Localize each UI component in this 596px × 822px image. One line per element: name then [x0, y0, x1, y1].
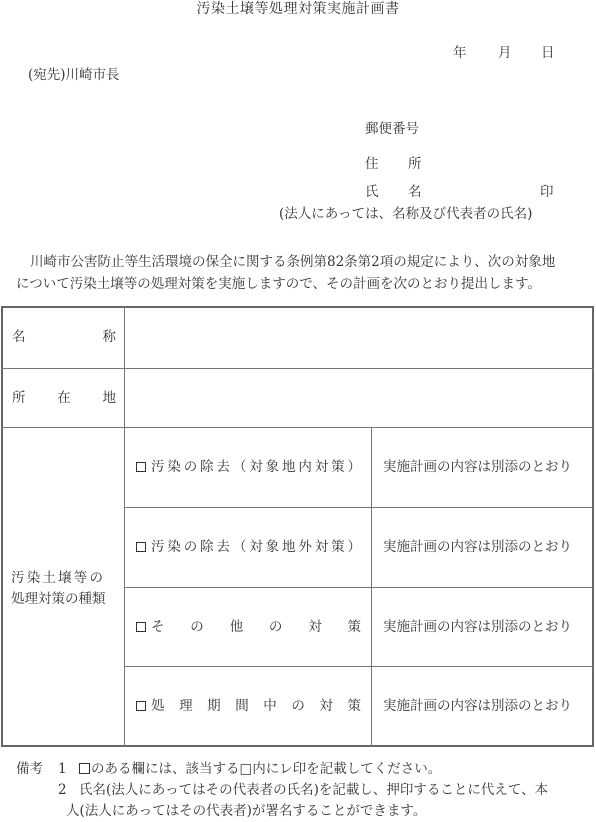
location-row-label: 所 在 地	[12, 389, 116, 407]
char: 外	[298, 538, 312, 556]
char: 去	[217, 458, 231, 476]
char: の	[184, 538, 198, 556]
char: 対	[315, 458, 329, 476]
char: の	[184, 458, 198, 476]
char: ）	[348, 538, 362, 556]
char: の	[291, 697, 305, 715]
address-label-2: 所	[408, 155, 422, 173]
measure-option-during-treatment[interactable]: 処理期間中の対策	[136, 697, 364, 715]
char: ）	[348, 458, 362, 476]
row-divider	[125, 666, 594, 667]
name-input-cell[interactable]	[127, 308, 592, 366]
char: 汚	[151, 538, 165, 556]
label-char: 称	[103, 328, 117, 346]
checkbox-icon[interactable]	[136, 701, 146, 711]
note-text-2: 氏名(法人にあってはその代表者の氏名)を記載し、押印することに代えて、本	[79, 780, 548, 801]
postal-code-label: 郵便番号	[365, 120, 419, 138]
char: （	[233, 538, 247, 556]
row-divider	[1, 427, 594, 428]
char: 策	[347, 618, 361, 636]
note-text-1: のある欄には、該当する□内にレ印を記載してください。	[91, 759, 441, 780]
char: 理	[179, 697, 193, 715]
char: 除	[200, 458, 214, 476]
checkbox-icon[interactable]	[136, 622, 146, 632]
char: 象	[266, 458, 280, 476]
char: 対	[249, 458, 263, 476]
char: （	[233, 458, 247, 476]
measure-type-label-line2: 処理対策の種類	[11, 590, 106, 608]
measure-detail-other: 実施計画の内容は別添のとおり	[383, 618, 572, 636]
char: 間	[235, 697, 249, 715]
char: 象	[266, 538, 280, 556]
name-label-2: 名	[408, 183, 422, 201]
checkbox-icon[interactable]	[136, 542, 146, 552]
notes-heading: 備考	[16, 759, 43, 780]
label-char: 所	[12, 389, 26, 407]
name-row-label: 名 称	[12, 328, 116, 346]
char: 策	[331, 538, 345, 556]
char: 策	[331, 458, 345, 476]
measure-option-offsite[interactable]: 汚染の除去（対象地外対策）	[136, 538, 364, 556]
char: の	[269, 618, 283, 636]
char: 内	[298, 458, 312, 476]
label-char: 名	[12, 328, 26, 346]
note-number-2: 2	[58, 780, 67, 801]
intro-paragraph: 川崎市公害防止等生活環境の保全に関する条例第82条第2項の規定により、次の対象地…	[16, 251, 555, 295]
label-char: 在	[57, 389, 71, 407]
intro-line-2: について汚染土壌等の処理対策を実施しますので、その計画を次のとおり提出します。	[16, 273, 555, 295]
row-divider	[125, 587, 594, 588]
label-char: 地	[103, 389, 117, 407]
location-input-cell[interactable]	[127, 370, 592, 426]
char: 染	[167, 458, 181, 476]
intro-line-1: 川崎市公害防止等生活環境の保全に関する条例第82条第2項の規定により、次の対象地	[16, 251, 555, 273]
note-number-1: 1	[58, 759, 67, 780]
char: 対	[249, 538, 263, 556]
char: 染	[167, 538, 181, 556]
measure-detail-offsite: 実施計画の内容は別添のとおり	[383, 538, 572, 556]
char: 策	[347, 697, 361, 715]
name-label-1: 氏	[365, 183, 379, 201]
seal-label: 印	[540, 183, 554, 201]
name-note: (法人にあっては、名称及び代表者の氏名)	[279, 205, 532, 223]
date-year-label: 年	[453, 44, 467, 62]
char: 除	[200, 538, 214, 556]
checkbox-icon[interactable]	[136, 462, 146, 472]
row-divider	[1, 368, 594, 369]
char: 地	[282, 538, 296, 556]
char: 汚	[151, 458, 165, 476]
char: 地	[282, 458, 296, 476]
char: の	[190, 618, 204, 636]
addressee: (宛先)川崎市長	[28, 66, 120, 84]
char: 対	[315, 538, 329, 556]
char: 期	[207, 697, 221, 715]
date-month-label: 月	[498, 44, 512, 62]
date-day-label: 日	[541, 44, 555, 62]
char: 中	[263, 697, 277, 715]
measure-type-label-line1: 汚染土壌等の	[11, 569, 105, 587]
char: 他	[230, 618, 244, 636]
char: 去	[217, 538, 231, 556]
measure-option-onsite[interactable]: 汚染の除去（対象地内対策）	[136, 458, 364, 476]
measure-option-other[interactable]: その他の対策	[136, 618, 364, 636]
char: そ	[151, 618, 165, 636]
column-divider	[371, 427, 372, 747]
measure-detail-onsite: 実施計画の内容は別添のとおり	[383, 458, 572, 476]
char: 対	[308, 618, 322, 636]
char: 対	[319, 697, 333, 715]
char: 処	[151, 697, 165, 715]
measure-detail-during-treatment: 実施計画の内容は別添のとおり	[383, 697, 572, 715]
checkbox-icon	[79, 763, 90, 774]
row-divider	[125, 507, 594, 508]
document-title: 汚染土壌等処理対策実施計画書	[0, 0, 596, 18]
note-text-2-continued: 人(法人にあってはその代表者)が署名することができます。	[66, 801, 426, 822]
column-divider	[124, 306, 125, 747]
address-label-1: 住	[365, 155, 379, 173]
